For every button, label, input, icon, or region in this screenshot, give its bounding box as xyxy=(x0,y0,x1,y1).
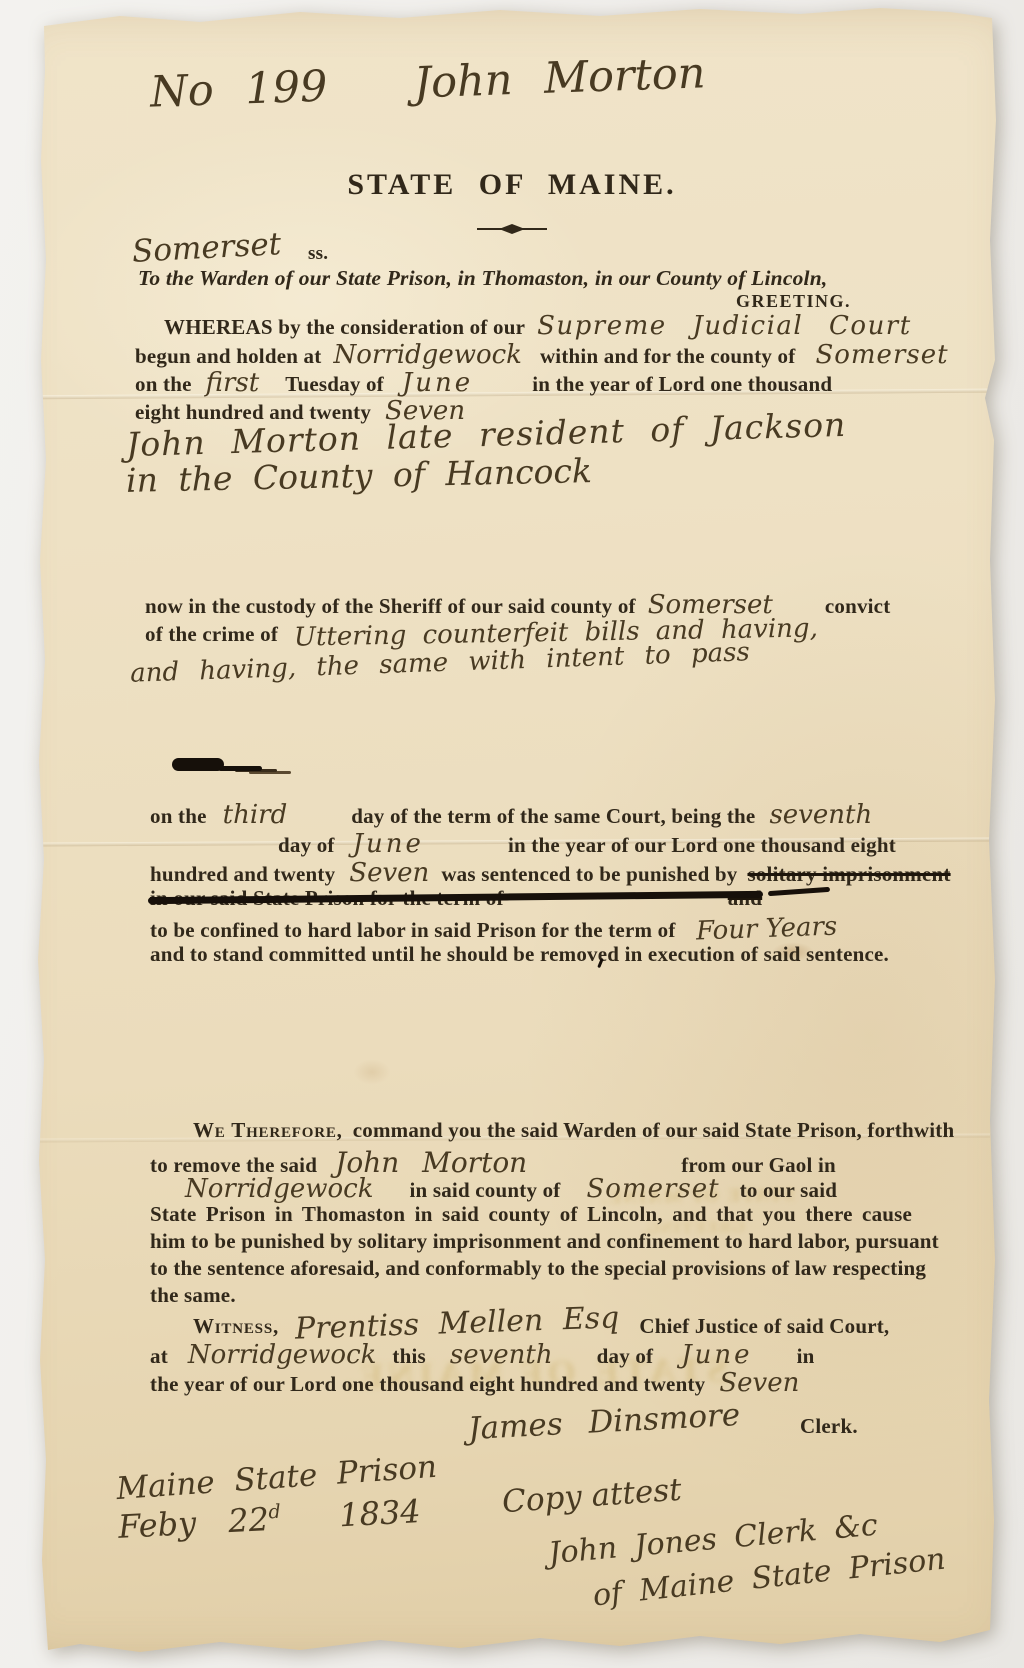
witness-place-fill: Norridgewock xyxy=(188,1340,376,1370)
sentence-year-fill: Seven xyxy=(349,858,429,888)
custody-p1: now in the custody of the Sheriff of our… xyxy=(145,594,636,618)
command-p4: in said county of xyxy=(409,1178,560,1202)
witness-day-fill: seventh xyxy=(450,1340,553,1370)
attestation-date-pre: Feby 22 xyxy=(117,1500,270,1546)
whereas-line-3: on the first Tuesday of June in the year… xyxy=(135,368,832,398)
sentence-p4: in the year of our Lord one thousand eig… xyxy=(508,833,896,857)
sentence-month-fill: June xyxy=(353,829,424,859)
whereas-p4: on the xyxy=(135,372,192,396)
greeting-label: GREETING. xyxy=(736,291,851,312)
clerk-title: Clerk. xyxy=(800,1414,858,1439)
strike-bar-and xyxy=(768,887,830,896)
whereas-court-fill: Supreme Judicial Court xyxy=(537,311,912,341)
attestation-date-sup: d xyxy=(268,1500,281,1524)
venue-county: Somerset xyxy=(131,226,282,270)
prisoner-file-name: John Morton xyxy=(413,48,706,108)
struck-solitary-imprisonment: solitary imprisonment xyxy=(747,862,950,886)
clerk-signature: James Dinsmore xyxy=(467,1397,741,1447)
sentence-p5: hundred and twenty xyxy=(150,862,335,886)
command-place-fill: Norridgewock xyxy=(185,1174,373,1204)
whereas-line-1: WHEREAS by the consideration of our Supr… xyxy=(164,311,912,341)
whereas-county-fill: Somerset xyxy=(815,340,948,370)
ink-blot xyxy=(172,758,224,771)
command-line-5: him to be punished by solitary imprisonm… xyxy=(150,1229,939,1254)
attestation-copy: Copy attest xyxy=(501,1472,683,1520)
sentence-day-fill: third xyxy=(223,800,288,830)
venue-ss: ss. xyxy=(308,243,328,265)
sentence-p7: to be confined to hard labor in said Pri… xyxy=(150,918,676,942)
command-p5: to our said xyxy=(740,1178,838,1202)
whereas-p6: in the year of Lord one thousand xyxy=(532,372,832,396)
witness-p5: in xyxy=(797,1344,815,1368)
command-line-1: We Therefore, command you the said Warde… xyxy=(193,1118,954,1143)
command-lead: We Therefore, xyxy=(193,1118,343,1142)
sentence-line-5: to be confined to hard labor in said Pri… xyxy=(150,914,837,944)
sentence-line-2: day of June in the year of our Lord one … xyxy=(278,829,896,859)
prisoner-file-number: No 199 xyxy=(149,62,328,118)
page-title: STATE OF MAINE. xyxy=(0,168,1024,202)
whereas-p1: WHEREAS by the consideration of our xyxy=(164,315,525,339)
whereas-week-fill: first xyxy=(206,368,260,398)
witness-p6: the year of our Lord one thousand eight … xyxy=(150,1372,705,1396)
witness-p2: at xyxy=(150,1344,168,1368)
command-line-4: State Prison in Thomaston in said county… xyxy=(150,1202,912,1227)
document-paper: STATE OF MAINE. GREETING. STATE OF MAINE… xyxy=(0,0,1024,1668)
witness-year-fill: Seven xyxy=(719,1368,799,1398)
sentence-p1: on the xyxy=(150,804,207,828)
witness-line-3: the year of our Lord one thousand eight … xyxy=(150,1368,799,1398)
attestation-date-post: 1834 xyxy=(338,1492,421,1534)
custody-p3: of the crime of xyxy=(145,622,278,646)
custody-p2: convict xyxy=(825,594,891,618)
whereas-p3: within and for the county of xyxy=(540,344,796,368)
whereas-place-fill: Norridgewock xyxy=(333,340,521,370)
command-line-7: the same. xyxy=(150,1283,236,1308)
paper-shadow: STATE OF MAINE. GREETING. STATE OF MAINE… xyxy=(0,0,1024,1668)
whereas-p5: Tuesday of xyxy=(285,372,384,396)
whereas-p2: begun and holden at xyxy=(135,344,321,368)
command-line-3: Norridgewock in said county of Somerset … xyxy=(185,1174,837,1204)
command-line-6: to the sentence aforesaid, and conformab… xyxy=(150,1256,926,1281)
witness-p1: Chief Justice of said Court, xyxy=(639,1314,889,1338)
witness-lead: Witness, xyxy=(193,1314,279,1338)
witness-line-2: at Norridgewock this seventh day of June… xyxy=(150,1340,814,1370)
prisoner-description-line-2: in the County of Hancock xyxy=(126,451,593,500)
sentence-p3: day of xyxy=(278,833,335,857)
sentence-p6: was sentenced to be punished by xyxy=(441,862,737,886)
command-p1: command you the said Warden of our said … xyxy=(353,1118,955,1142)
sentence-line-3: hundred and twenty Seven was sentenced t… xyxy=(150,858,951,888)
header-handwriting: No 199 John Morton xyxy=(149,48,706,117)
salutation-line: To the Warden of our State Prison, in Th… xyxy=(138,266,827,291)
sentence-line-6: and to stand committed until he should b… xyxy=(150,942,889,967)
sentence-line-1: on the third day of the term of the same… xyxy=(150,800,872,830)
witness-month-fill: June xyxy=(681,1340,752,1370)
witness-line-1: Witness, Prentiss Mellen Esq Chief Justi… xyxy=(193,1306,889,1341)
sentence-p2: day of the term of the same Court, being… xyxy=(351,804,755,828)
witness-p3: this xyxy=(392,1344,425,1368)
witness-p4: day of xyxy=(597,1344,654,1368)
sentence-daynum-fill: seventh xyxy=(769,800,872,830)
whereas-month-fill: June xyxy=(402,368,473,398)
whereas-line-2: begun and holden at Norridgewock within … xyxy=(135,340,949,370)
command-county-fill: Somerset xyxy=(587,1174,720,1204)
scan-background: STATE OF MAINE. GREETING. STATE OF MAINE… xyxy=(0,0,1024,1668)
